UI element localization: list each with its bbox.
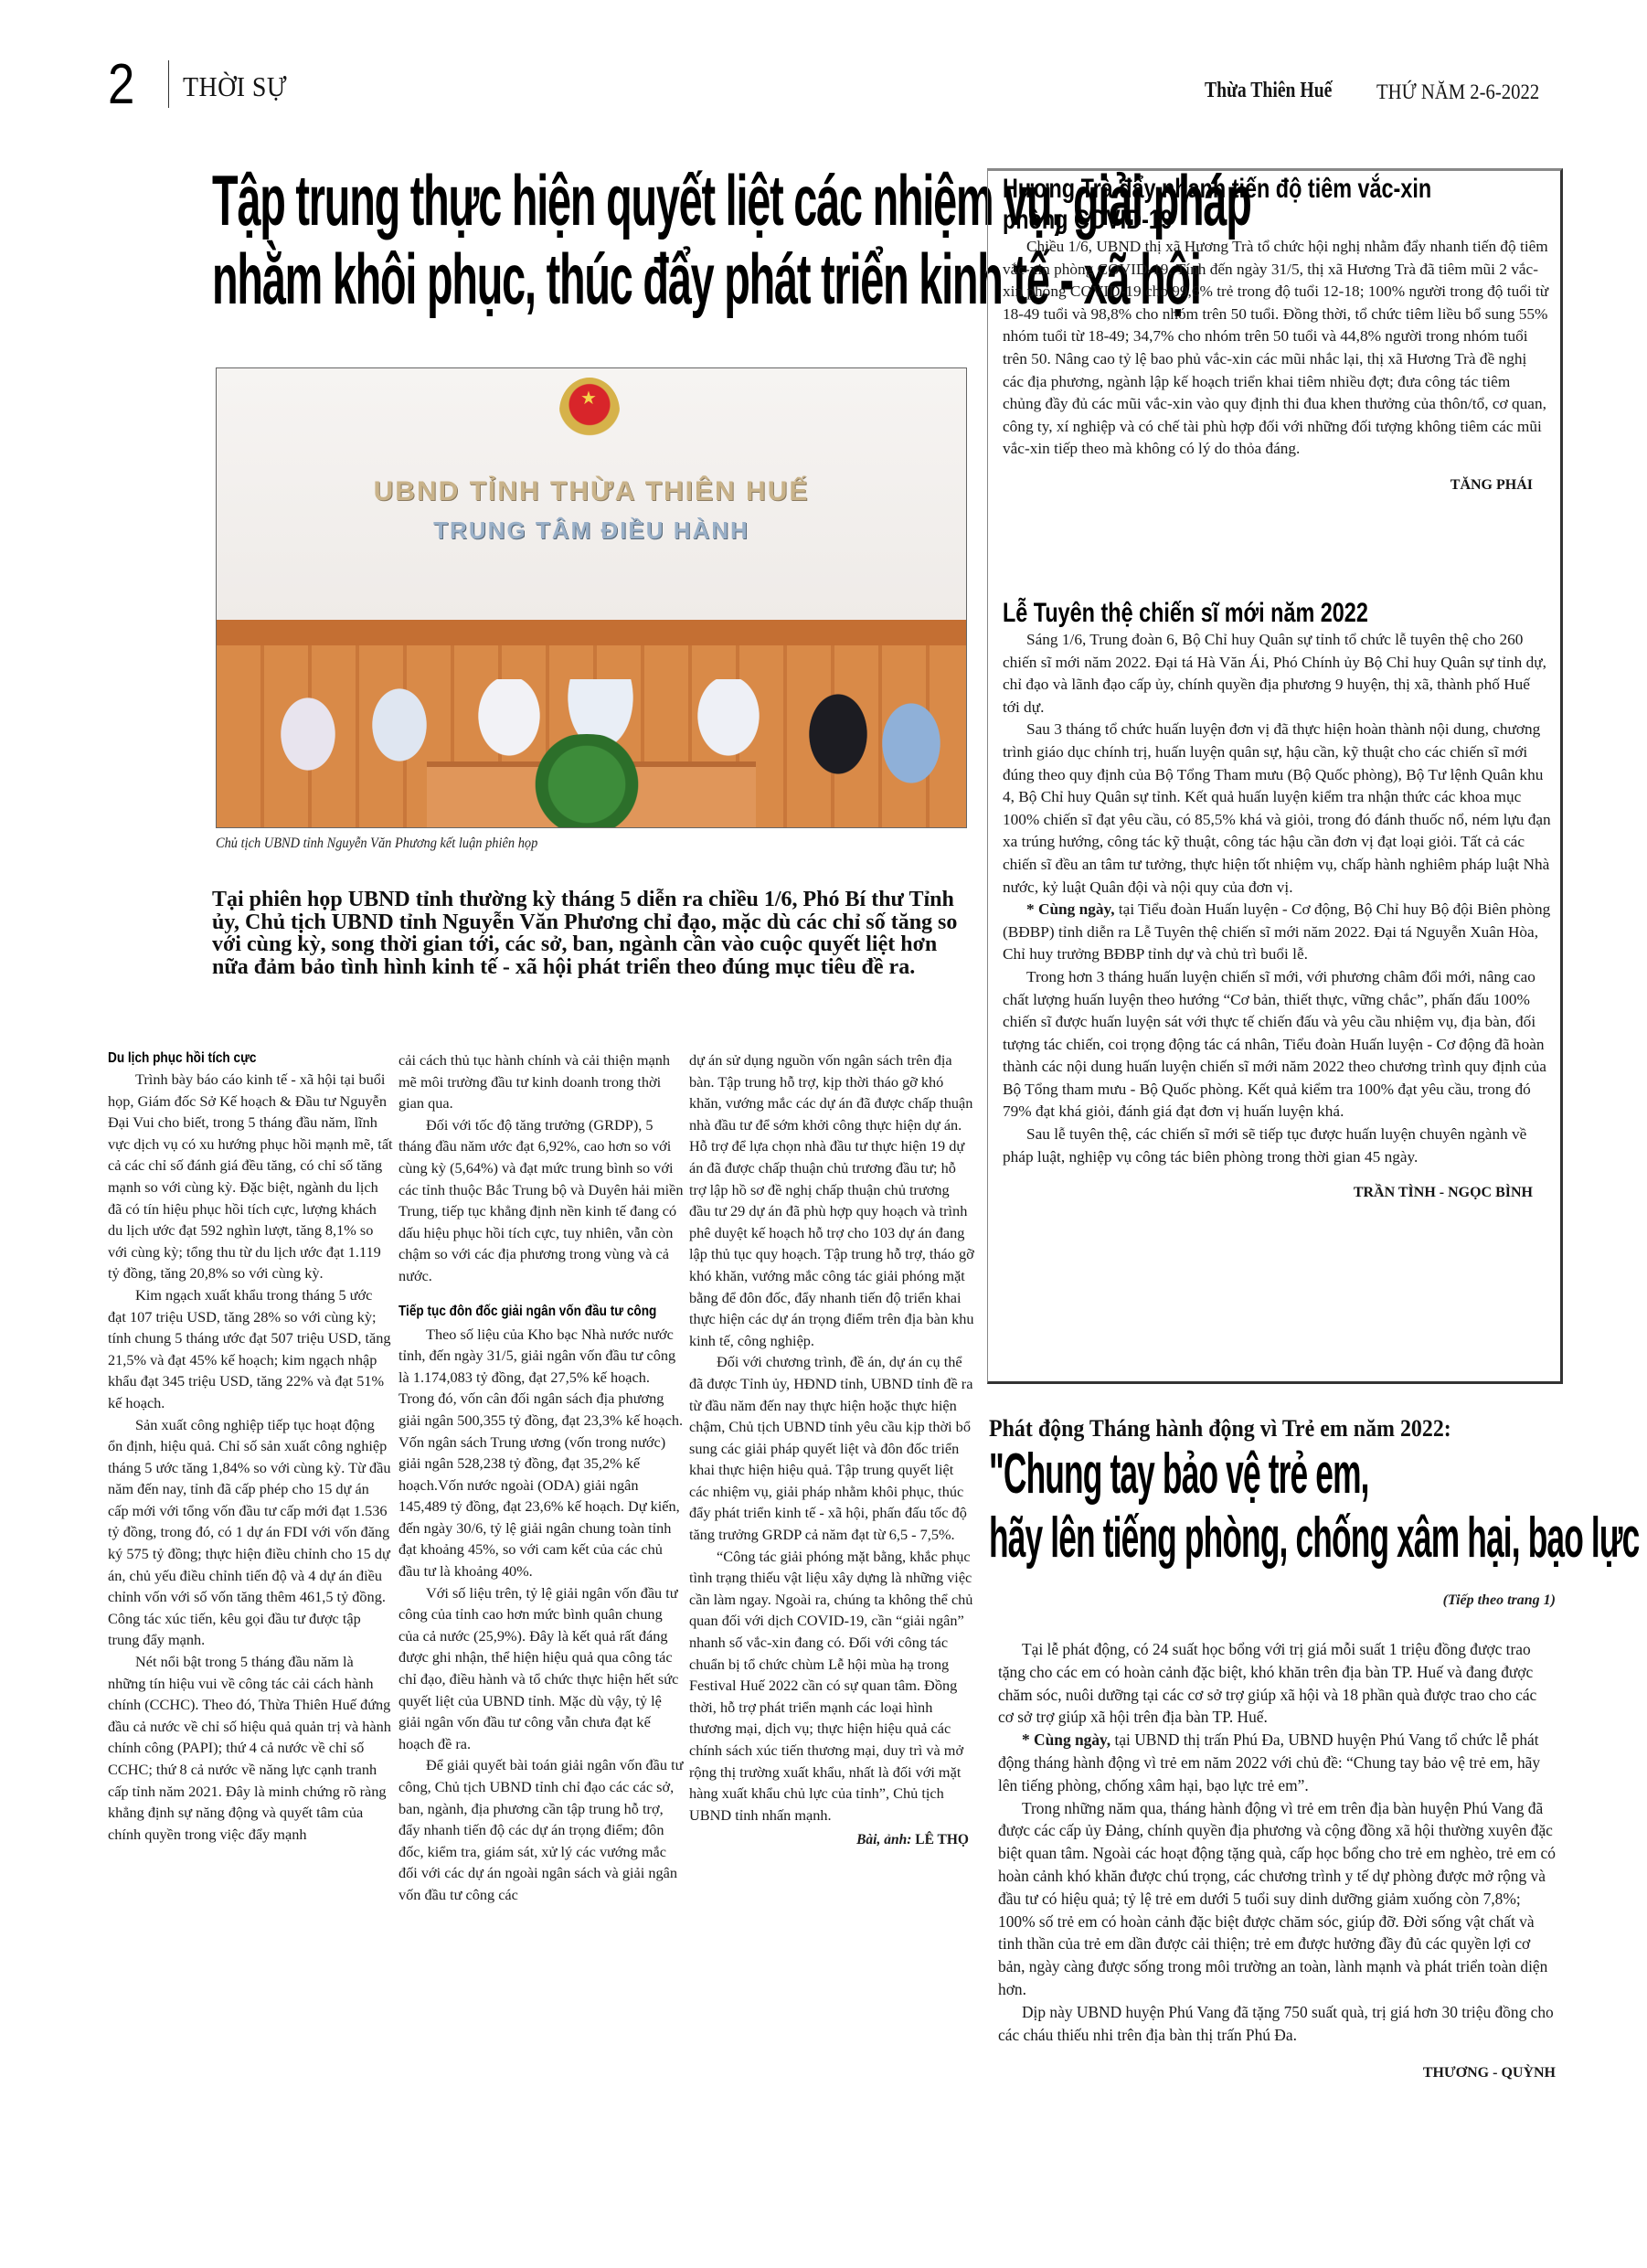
paragraph: * Cùng ngày, tại Tiểu đoàn Huấn luyện - … [1003,899,1551,966]
meeting-photo: UBND TỈNH THỪA THIÊN HUẾ TRUNG TÂM ĐIỀU … [216,367,967,828]
paragraph: Kim ngạch xuất khẩu trong tháng 5 ước đạ… [108,1284,393,1414]
photo-wall-subsign: TRUNG TÂM ĐIỀU HÀNH [217,516,966,545]
byline: Bài, ảnh: LÊ THỌ [689,1829,974,1851]
byline-prefix: Bài, ảnh: [856,1832,911,1847]
headline-line: Tập trung thực hiện quyết liệt các nhiệm… [212,161,673,240]
paragraph: Nét nổi bật trong 5 tháng đầu năm là nhữ… [108,1651,393,1845]
byline-author: LÊ THỌ [915,1832,969,1847]
paragraph: cải cách thủ tục hành chính và cải thiện… [398,1049,684,1114]
paragraph: Trong hơn 3 tháng huấn luyện chiến sĩ mớ… [1003,966,1551,1123]
photo-caption: Chủ tịch UBND tỉnh Nguyễn Văn Phương kết… [216,836,537,852]
paragraph: “Công tác giải phóng mặt bằng, khắc phục… [689,1546,974,1826]
national-emblem-icon [559,378,620,445]
headline-line: hãy lên tiếng phòng, chống xâm hại, bạo … [989,1507,1312,1571]
paragraph: Sáng 1/6, Trung đoàn 6, Bộ Chỉ huy Quân … [1003,629,1551,719]
sidebar-article-tuyen-the: Lễ Tuyên thệ chiến sĩ mới năm 2022 Sáng … [1003,598,1551,1201]
paragraph: Sau 3 tháng tổ chức huấn luyện đơn vị đã… [1003,719,1551,899]
page-number: 2 [108,57,134,113]
paragraph: Trong những năm qua, tháng hành động vì … [998,1797,1556,2001]
paragraph: Đối với chương trình, đề án, dự án cụ th… [689,1351,974,1545]
sidebar-article-title: phòng COVID-19 [1003,205,1430,236]
subheading: Tiếp tục đôn đốc giải ngân vốn đầu tư cô… [398,1300,738,1324]
article-lead: Tại phiên họp UBND tỉnh thường kỳ tháng … [212,889,971,978]
headline-line: nhằm khôi phục, thúc đẩy phát triển kinh… [212,240,673,318]
body-column-2: cải cách thủ tục hành chính và cải thiện… [398,1049,684,1906]
continued-from: (Tiếp theo trang 1) [1443,1592,1556,1609]
paragraph: Để giải quyết bài toán giải ngân vốn đầu… [398,1754,684,1905]
article-kicker: Phát động Tháng hành động vì Trẻ em năm … [989,1415,1451,1443]
paragraph: Theo số liệu của Kho bạc Nhà nước nước t… [398,1324,684,1582]
plant-decoration [518,734,655,828]
paragraph: Tại lễ phát động, có 24 suất học bổng vớ… [998,1638,1556,1729]
paragraph: * Cùng ngày, tại UBND thị trấn Phú Đa, U… [998,1729,1556,1796]
paragraph: Sản xuất công nghiệp tiếp tục hoạt động … [108,1414,393,1652]
children-article-author: THƯƠNG - QUỲNH [998,2062,1556,2085]
paragraph: Với số liệu trên, tỷ lệ giải ngân vốn đầ… [398,1582,684,1755]
issue-date: THỨ NĂM 2-6-2022 [1376,80,1539,104]
body-column-3: dự án sử dụng nguồn vốn ngân sách trên đ… [689,1049,974,1851]
main-headline: Tập trung thực hiện quyết liệt các nhiệm… [212,161,980,318]
paragraph: Chiều 1/6, UBND thị xã Hương Trà tổ chức… [1003,236,1551,461]
paragraph: Trình bày báo cáo kinh tế - xã hội tại b… [108,1069,393,1284]
sidebar-article-author: TĂNG PHÁI [1003,477,1551,494]
children-article-headline: "Chung tay bảo vệ trẻ em, hãy lên tiếng … [989,1443,1556,1571]
sidebar-article-title: Hương Trà đẩy nhanh tiến độ tiêm vắc-xin [1003,174,1430,205]
body-column-1: Du lịch phục hồi tích cực Trình bày báo … [108,1048,393,1845]
section-name: THỜI SỰ [183,71,287,102]
paragraph: dự án sử dụng nguồn vốn ngân sách trên đ… [689,1049,974,1351]
header-divider [168,60,169,108]
paragraph: Dịp này UBND huyện Phú Vang đã tặng 750 … [998,2001,1556,2047]
photo-wall-sign: UBND TỈNH THỪA THIÊN HUẾ [217,476,966,507]
sidebar-article-huong-tra: Hương Trà đẩy nhanh tiến độ tiêm vắc-xin… [1003,174,1551,494]
subheading: Du lịch phục hồi tích cực [108,1048,350,1069]
sidebar-article-title: Lễ Tuyên thệ chiến sĩ mới năm 2022 [1003,598,1430,629]
paragraph: Đối với tốc độ tăng trưởng (GRDP), 5 thá… [398,1114,684,1287]
lead-in: * Cùng ngày, [1022,1730,1110,1749]
headline-line: "Chung tay bảo vệ trẻ em, [989,1443,1312,1507]
lead-in: * Cùng ngày, [1026,900,1115,918]
paragraph: Sau lễ tuyên thệ, các chiến sĩ mới sẽ ti… [1003,1123,1551,1168]
newspaper-name: Thừa Thiên Huế [1205,79,1332,103]
sidebar-article-author: TRẦN TÌNH - NGỌC BÌNH [1003,1185,1551,1201]
children-article-body: Tại lễ phát động, có 24 suất học bổng vớ… [998,1638,1556,2085]
